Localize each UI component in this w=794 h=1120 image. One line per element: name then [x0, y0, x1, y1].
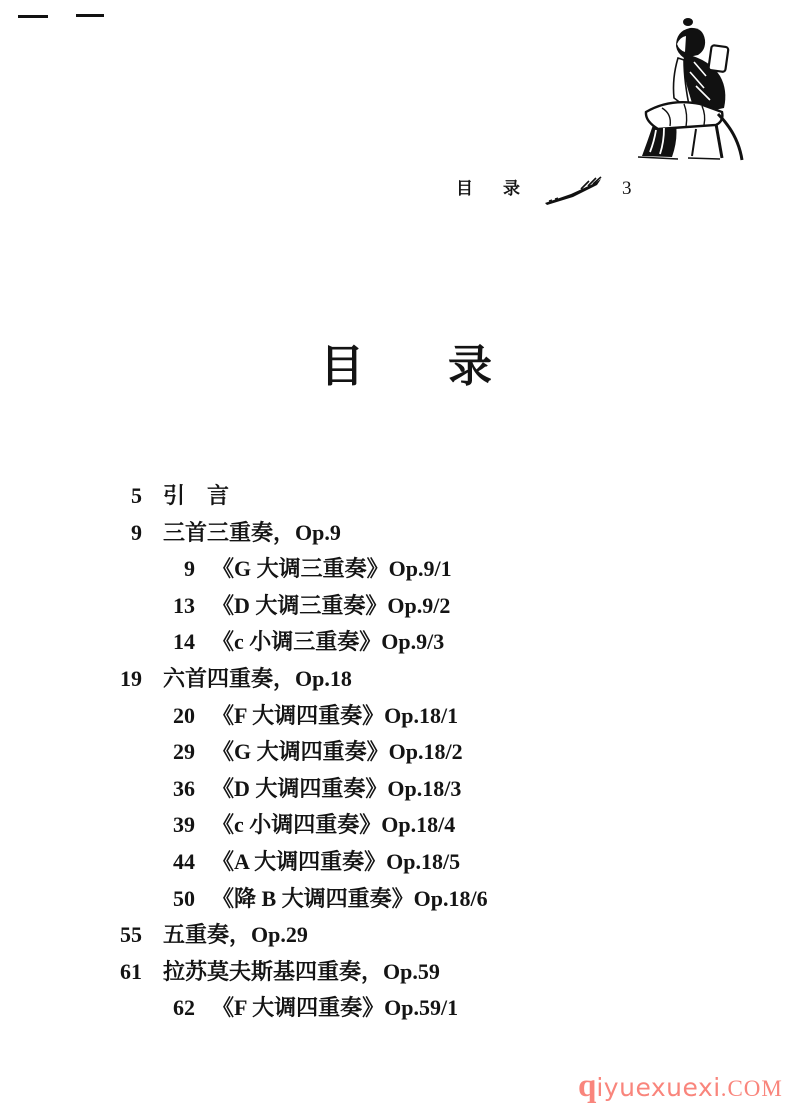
toc-entry: 5 引 言 — [0, 478, 760, 515]
toc-entry-title: 拉苏莫夫斯基四重奏，Op.59 — [163, 954, 440, 991]
toc-entry: 39 《c 小调四重奏》Op.18/4 — [0, 807, 760, 844]
toc-entry-page-number: 44 — [0, 844, 195, 881]
toc-entry-title: 《A 大调四重奏》Op.18/5 — [212, 844, 460, 881]
toc-entry-title: 《c 小调三重奏》Op.9/3 — [212, 624, 444, 661]
toc-entry: 50 《降 B 大调四重奏》Op.18/6 — [0, 881, 760, 918]
toc-entry-title: 《降 B 大调四重奏》Op.18/6 — [212, 881, 488, 918]
toc-entry-page-number: 14 — [0, 624, 195, 661]
running-title-char-right: 录 — [503, 180, 520, 197]
scanned-book-page: 目 录 3 目 录 5 引 言 9 三首三重奏，Op.9 9 《G 大调三重奏》… — [0, 0, 794, 1120]
toc-entry: 44 《A 大调四重奏》Op.18/5 — [0, 844, 760, 881]
toc-entry-page-number: 29 — [0, 734, 195, 771]
toc-entry: 55 五重奏，Op.29 — [0, 917, 760, 954]
toc-entry: 13 《D 大调三重奏》Op.9/2 — [0, 588, 760, 625]
watermark: q iyuexuexi .COM — [578, 1070, 783, 1103]
toc-entry-title: 引 言 — [163, 478, 229, 515]
margin-dash-icon — [18, 15, 48, 18]
page-title-char-right: 录 — [448, 342, 492, 391]
toc-entry-title: 《D 大调四重奏》Op.18/3 — [212, 771, 461, 808]
toc-entry-page-number: 36 — [0, 771, 195, 808]
toc-entry: 14 《c 小调三重奏》Op.9/3 — [0, 624, 760, 661]
toc-entry-page-number: 5 — [0, 478, 142, 515]
running-title: 目 录 — [456, 180, 520, 197]
watermark-body: iyuexuexi — [596, 1075, 720, 1100]
toc-entry-title: 五重奏，Op.29 — [163, 917, 308, 954]
watermark-suffix: .COM — [721, 1077, 783, 1100]
toc-entry: 36 《D 大调四重奏》Op.18/3 — [0, 771, 760, 808]
toc-entry-title: 《G 大调三重奏》Op.9/1 — [212, 551, 452, 588]
toc-entry-page-number: 62 — [0, 990, 195, 1027]
toc-entry-title: 六首四重奏，Op.18 — [163, 661, 352, 698]
toc-entry-title: 《c 小调四重奏》Op.18/4 — [212, 807, 455, 844]
seated-figure-illustration-icon — [628, 16, 768, 168]
toc-entry-title: 三首三重奏，Op.9 — [163, 515, 341, 552]
toc-entry-title: 《D 大调三重奏》Op.9/2 — [212, 588, 450, 625]
margin-dash-icon — [76, 14, 104, 17]
toc-entry: 61 拉苏莫夫斯基四重奏，Op.59 — [0, 954, 760, 991]
toc-entry-title: 《F 大调四重奏》Op.18/1 — [212, 698, 458, 735]
toc-entry-page-number: 55 — [0, 917, 142, 954]
toc-entry: 29 《G 大调四重奏》Op.18/2 — [0, 734, 760, 771]
toc-entry-title: 《F 大调四重奏》Op.59/1 — [212, 990, 458, 1027]
toc-entry: 9 三首三重奏，Op.9 — [0, 515, 760, 552]
toc-entry-page-number: 9 — [0, 515, 142, 552]
page-number: 3 — [622, 179, 632, 198]
toc-entry-page-number: 39 — [0, 807, 195, 844]
toc-entry: 62 《F 大调四重奏》Op.59/1 — [0, 990, 760, 1027]
toc-entry: 9 《G 大调三重奏》Op.9/1 — [0, 551, 760, 588]
running-title-char-left: 目 — [456, 180, 473, 197]
toc-entry-page-number: 61 — [0, 954, 142, 991]
toc-entry-title: 《G 大调四重奏》Op.18/2 — [212, 734, 463, 771]
toc-entry-page-number: 9 — [0, 551, 195, 588]
toc-entry-page-number: 13 — [0, 588, 195, 625]
toc-entry-page-number: 50 — [0, 881, 195, 918]
page-title-char-left: 目 — [320, 342, 364, 391]
toc-entry: 20 《F 大调四重奏》Op.18/1 — [0, 698, 760, 735]
quill-flourish-icon — [543, 176, 607, 206]
toc-list: 5 引 言 9 三首三重奏，Op.9 9 《G 大调三重奏》Op.9/1 13 … — [0, 478, 760, 1027]
watermark-prefix: q — [578, 1070, 596, 1103]
running-header: 目 录 3 — [0, 174, 794, 208]
toc-entry: 19 六首四重奏，Op.18 — [0, 661, 760, 698]
page-title: 目 录 — [320, 342, 492, 391]
toc-entry-page-number: 20 — [0, 698, 195, 735]
toc-entry-page-number: 19 — [0, 661, 142, 698]
